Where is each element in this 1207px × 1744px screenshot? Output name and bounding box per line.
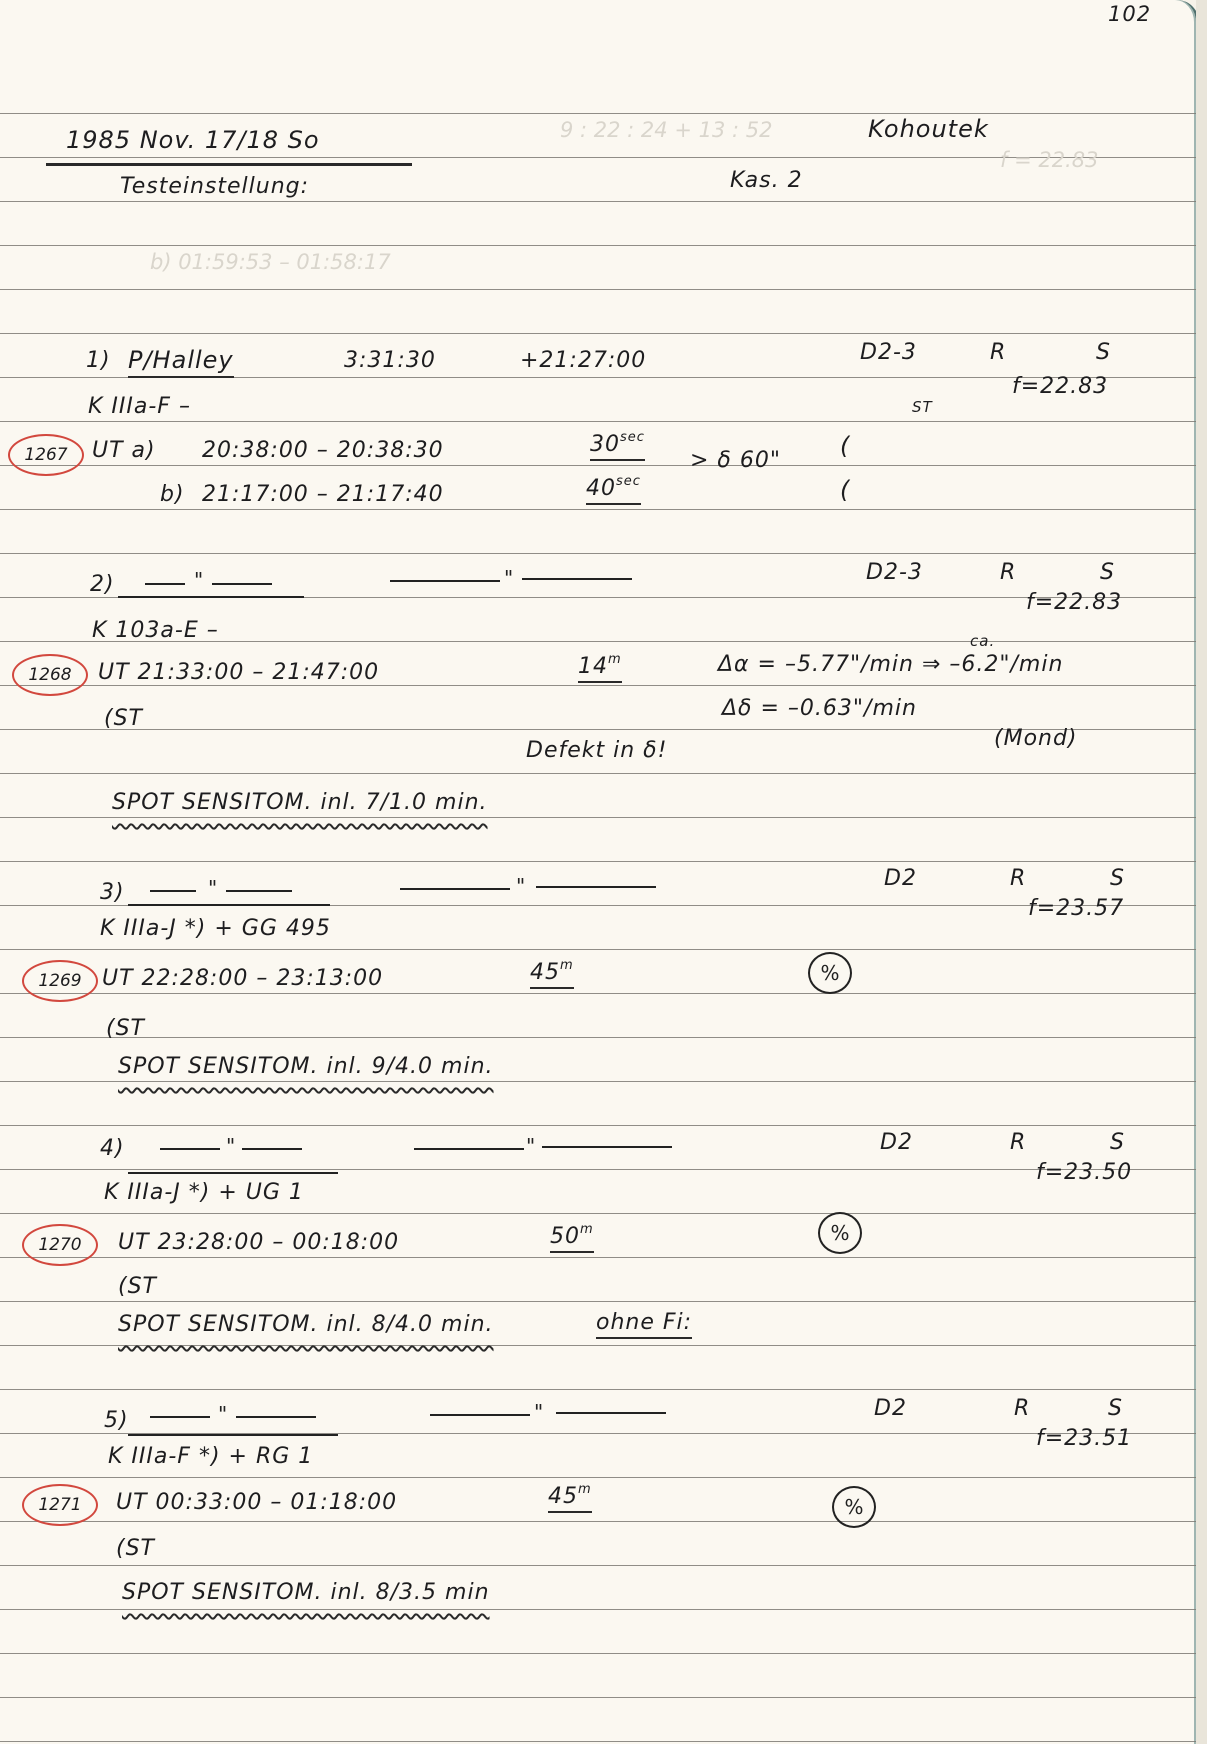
setting-r: R (990, 340, 1006, 365)
sensitometry-note: SPOT SENSITOM. inl. 7/1.0 min. (112, 790, 488, 815)
setting-r: R (1010, 866, 1026, 891)
plate-number: 1271 (38, 1495, 81, 1515)
sensitometry-note: SPOT SENSITOM. inl. 8/4.0 min. (118, 1312, 494, 1337)
setting-r: R (1010, 1130, 1026, 1155)
ruled-line (0, 1125, 1196, 1126)
developer: D2-3 (866, 560, 923, 585)
entry-index: 5) (104, 1408, 129, 1433)
object-underline (118, 596, 304, 598)
ditto-mark: " (516, 874, 525, 898)
developer: D2 (874, 1396, 907, 1421)
exposure-duration: 14m (578, 652, 622, 683)
ruled-line (0, 333, 1196, 334)
ruled-line (0, 685, 1196, 686)
right-ascension: 3:31:30 (344, 348, 436, 373)
ruled-line (0, 1653, 1196, 1654)
ditto-mark: " (208, 876, 217, 900)
mark-b: ( (840, 476, 850, 504)
plate-number-circle: 1271 (22, 1484, 98, 1526)
exposure-b-label: b) (160, 482, 185, 507)
moon-note: (Mond) (994, 726, 1078, 751)
ruled-line (0, 113, 1196, 114)
ruled-line (0, 1345, 1196, 1346)
setting-s: S (1110, 866, 1125, 891)
emulsion: K IIIa-F *) + RG 1 (108, 1444, 313, 1469)
ditto-line (542, 1146, 672, 1148)
mark-a: ( (840, 432, 850, 460)
status-mark: % (830, 1221, 849, 1245)
ruled-line (0, 421, 1196, 422)
ruled-line (0, 1697, 1196, 1698)
exposure-time: UT 22:28:00 – 23:13:00 (102, 966, 383, 991)
ruled-line (0, 993, 1196, 994)
ruled-line (0, 201, 1196, 202)
plate-number: 1268 (28, 665, 71, 685)
ditto-line (400, 888, 510, 890)
status-mark: % (820, 961, 839, 985)
object-underline (128, 1172, 338, 1174)
ditto-line (145, 583, 185, 585)
st-note: (ST (106, 1016, 145, 1041)
exposure-duration: 45m (548, 1482, 592, 1513)
focus-value: f=22.83 (1012, 374, 1108, 399)
ditto-line (536, 886, 656, 888)
entry-index: 1) (86, 348, 111, 373)
ruled-line (0, 1741, 1196, 1742)
exposure-a-duration: 30sec (590, 430, 645, 461)
focus-value: f=23.50 (1036, 1160, 1132, 1185)
sensitometry-note: SPOT SENSITOM. inl. 8/3.5 min (122, 1580, 490, 1605)
ditto-line (390, 580, 500, 582)
exposure-b-time: 21:17:00 – 21:17:40 (202, 482, 444, 507)
exposure-time: UT 00:33:00 – 01:18:00 (116, 1490, 397, 1515)
entry-index: 4) (100, 1136, 125, 1161)
ditto-mark: " (194, 568, 203, 592)
emulsion: K 103a-E – (92, 618, 219, 643)
st-note: (ST (116, 1536, 155, 1561)
st-note: ST (912, 398, 933, 416)
entry-index: 3) (100, 880, 125, 905)
ditto-line (150, 1416, 210, 1418)
setting-s: S (1096, 340, 1111, 365)
setting-s: S (1108, 1396, 1123, 1421)
emulsion: K IIIa-F – (88, 394, 191, 419)
ruled-line (0, 1389, 1196, 1390)
bleed-through-text: f = 22.83 (1000, 148, 1098, 172)
setting-s: S (1110, 1130, 1125, 1155)
entry-index: 2) (90, 572, 115, 597)
exposure-b-duration: 40sec (586, 474, 641, 505)
ruled-line (0, 1477, 1196, 1478)
declination: +21:27:00 (520, 348, 646, 373)
ditto-mark: " (534, 1400, 543, 1424)
exposure-duration: 45m (530, 958, 574, 989)
observer-name: Kohoutek (868, 115, 989, 143)
plate-number-circle: 1267 (8, 434, 84, 476)
camera-label: Kas. 2 (730, 168, 803, 193)
sensitometry-extra: ohne Fi: (596, 1310, 692, 1339)
exposure-a-time: 20:38:00 – 20:38:30 (202, 438, 444, 463)
ditto-mark: " (504, 566, 513, 590)
status-mark: % (844, 1495, 863, 1519)
ruled-line (0, 861, 1196, 862)
status-mark-circle: % (818, 1212, 862, 1254)
ditto-line (212, 583, 272, 585)
ruled-line (0, 1169, 1196, 1170)
object-underline (128, 1434, 338, 1436)
exposure-time: UT 21:33:00 – 21:47:00 (98, 660, 379, 685)
ruled-line (0, 1213, 1196, 1214)
object-name: P/Halley (128, 346, 234, 378)
object-underline (128, 904, 330, 906)
ruled-line (0, 949, 1196, 950)
st-note: (ST (118, 1274, 157, 1299)
developer: D2-3 (860, 340, 917, 365)
status-mark-circle: % (808, 952, 852, 994)
plate-number: 1270 (38, 1235, 81, 1255)
page-number: 102 (1108, 2, 1151, 26)
ruled-line (0, 245, 1196, 246)
ruled-line (0, 289, 1196, 290)
setting-r: R (1014, 1396, 1030, 1421)
ditto-line (150, 890, 196, 892)
ruled-line (0, 465, 1196, 466)
developer: D2 (884, 866, 917, 891)
developer: D2 (880, 1130, 913, 1155)
offset-note: > δ 60" (690, 448, 781, 473)
ditto-line (236, 1416, 316, 1418)
emulsion: K IIIa-J *) + GG 495 (100, 916, 331, 941)
st-note: (ST (104, 706, 143, 731)
date-heading: 1985 Nov. 17/18 So (66, 126, 320, 154)
ruled-line (0, 1037, 1196, 1038)
focus-value: f=23.51 (1036, 1426, 1132, 1451)
subtitle: Testeinstellung: (120, 174, 309, 199)
plate-number: 1267 (24, 445, 67, 465)
ruled-line (0, 1565, 1196, 1566)
rate-alpha: Δα = –5.77"/min ⇒ –6.2"/min (718, 652, 1063, 677)
plate-number: 1269 (38, 971, 81, 991)
ditto-line (430, 1414, 530, 1416)
ditto-line (242, 1148, 302, 1150)
bleed-through-text: b) 01:59:53 – 01:58:17 (150, 250, 391, 274)
exposure-duration: 50m (550, 1222, 594, 1253)
defect-note: Defekt in δ! (526, 738, 667, 763)
ditto-line (522, 578, 632, 580)
notebook-page: 9 : 22 : 24 + 13 : 52 f = 22.83 b) 01:59… (0, 0, 1199, 1744)
plate-number-circle: 1268 (12, 654, 88, 696)
ditto-mark: " (218, 1402, 227, 1426)
ruled-line (0, 817, 1196, 818)
focus-value: f=23.57 (1028, 896, 1124, 921)
ditto-line (160, 1148, 220, 1150)
ruled-line (0, 1301, 1196, 1302)
setting-s: S (1100, 560, 1115, 585)
ditto-line (556, 1412, 666, 1414)
setting-r: R (1000, 560, 1016, 585)
focus-value: f=22.83 (1026, 590, 1122, 615)
rate-approx-note: ca. (970, 632, 995, 650)
ditto-mark: " (526, 1134, 535, 1158)
ditto-line (226, 890, 292, 892)
emulsion: K IIIa-J *) + UG 1 (104, 1180, 304, 1205)
ruled-line (0, 1081, 1196, 1082)
exposure-time: UT 23:28:00 – 00:18:00 (118, 1230, 399, 1255)
plate-number-circle: 1270 (22, 1224, 98, 1266)
ruled-line (0, 509, 1196, 510)
ruled-line (0, 1609, 1196, 1610)
sensitometry-note: SPOT SENSITOM. inl. 9/4.0 min. (118, 1054, 494, 1079)
ruled-line (0, 1521, 1196, 1522)
ruled-line (0, 773, 1196, 774)
date-underline (46, 163, 412, 166)
bleed-through-text: 9 : 22 : 24 + 13 : 52 (560, 118, 772, 142)
status-mark-circle: % (832, 1486, 876, 1528)
ditto-mark: " (226, 1134, 235, 1158)
ditto-line (414, 1148, 524, 1150)
rate-delta: Δδ = –0.63"/min (722, 696, 917, 721)
plate-number-circle: 1269 (22, 960, 98, 1002)
ruled-line (0, 553, 1196, 554)
ruled-line (0, 1257, 1196, 1258)
exposure-a-label: UT a) (92, 438, 156, 463)
cover-edge (1196, 0, 1207, 1744)
